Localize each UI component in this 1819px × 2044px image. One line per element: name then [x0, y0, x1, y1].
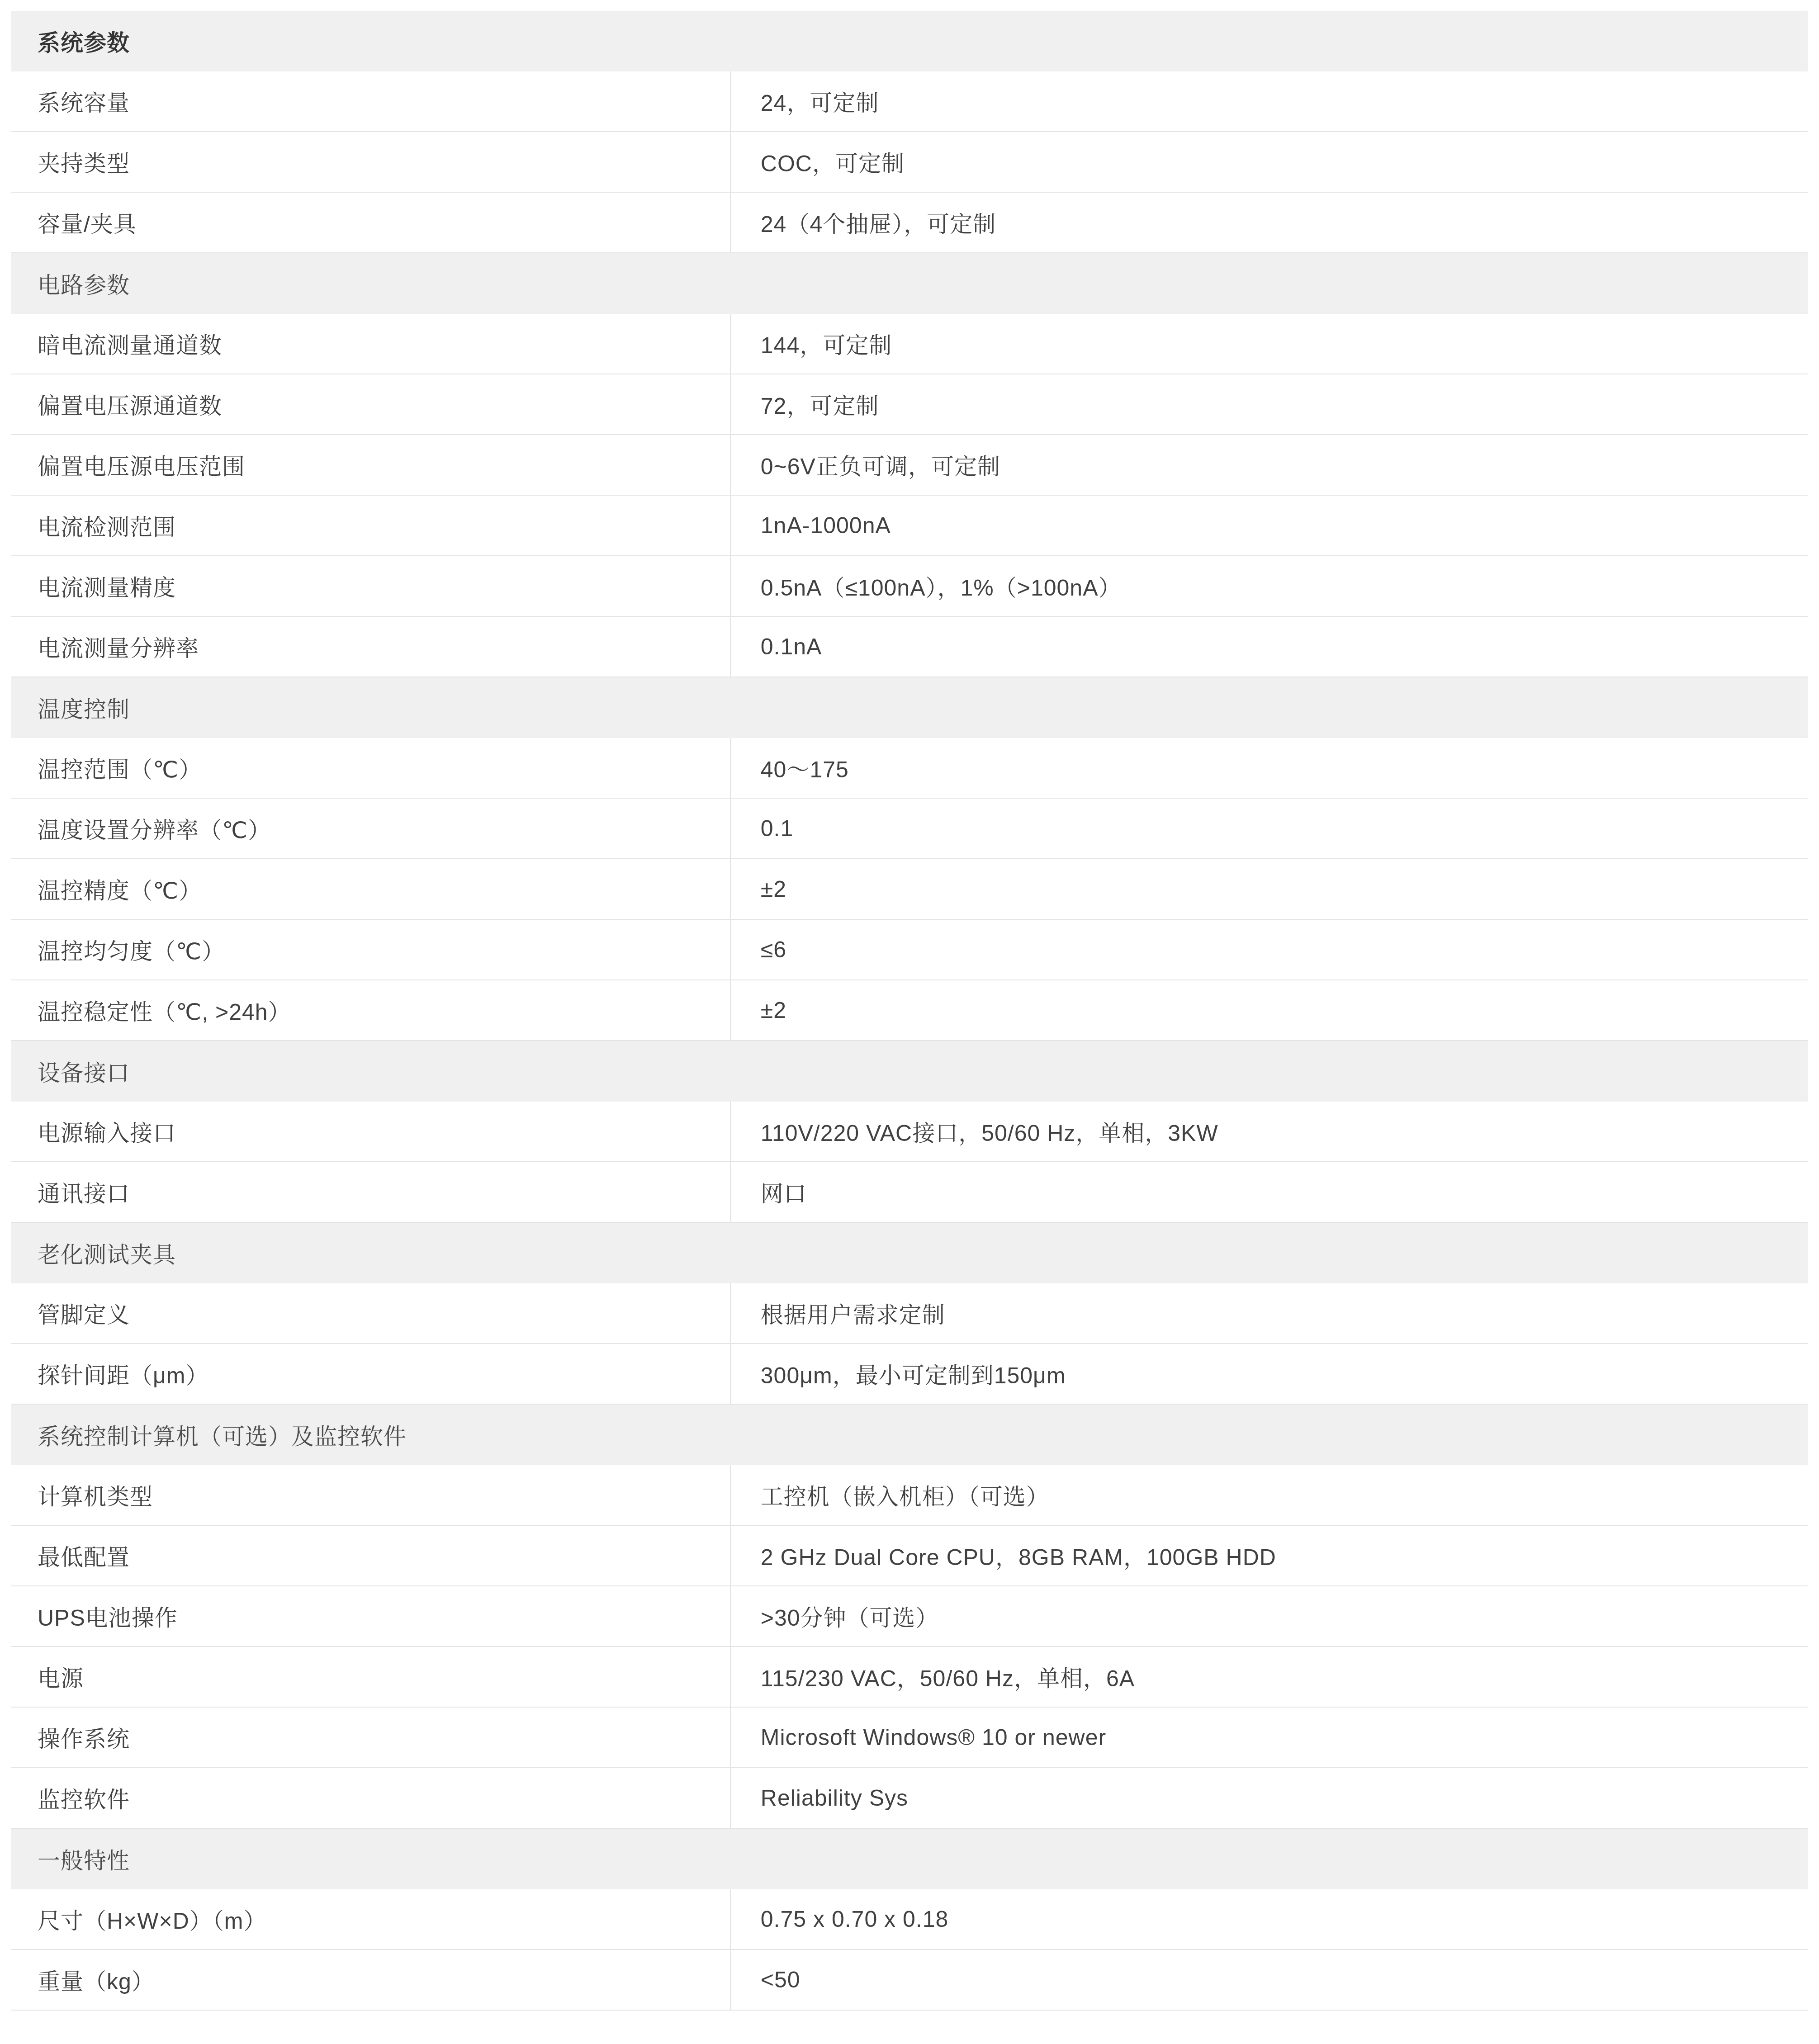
spec-label: 最低配置 [11, 1526, 730, 1585]
spec-label: 重量（kg） [11, 1950, 730, 2010]
spec-label: 计算机类型 [11, 1465, 730, 1525]
spec-value: ±2 [730, 980, 1808, 1040]
spec-row: 容量/夹具24（4个抽屉），可定制 [11, 193, 1808, 253]
spec-row: 通讯接口网口 [11, 1162, 1808, 1223]
spec-row: 电流检测范围1nA-1000nA [11, 496, 1808, 556]
spec-label: 监控软件 [11, 1768, 730, 1828]
section-header-1: 电路参数 [11, 253, 1808, 314]
spec-label: 容量/夹具 [11, 193, 730, 252]
spec-row: 温控稳定性（℃, >24h）±2 [11, 980, 1808, 1041]
spec-row: 探针间距（μm）300μm，最小可定制到150μm [11, 1344, 1808, 1405]
spec-value: Microsoft Windows® 10 or newer [730, 1708, 1808, 1767]
spec-value: >30分钟（可选） [730, 1586, 1808, 1646]
section-header-5: 系统控制计算机（可选）及监控软件 [11, 1405, 1808, 1465]
spec-row: 暗电流测量通道数144，可定制 [11, 314, 1808, 374]
spec-value: 2 GHz Dual Core CPU，8GB RAM，100GB HDD [730, 1526, 1808, 1585]
spec-label: 尺寸（H×W×D）（m） [11, 1889, 730, 1949]
spec-row: 电源输入接口110V/220 VAC接口，50/60 Hz，单相，3KW [11, 1102, 1808, 1162]
spec-row: 温度设置分辨率（℃）0.1 [11, 799, 1808, 859]
spec-value: 24，可定制 [730, 71, 1808, 131]
spec-value: ≤6 [730, 920, 1808, 979]
spec-label: 偏置电压源电压范围 [11, 435, 730, 495]
spec-row: 电流测量分辨率0.1nA [11, 617, 1808, 677]
spec-value: Reliability Sys [730, 1768, 1808, 1828]
spec-value: 24（4个抽屉），可定制 [730, 193, 1808, 252]
spec-label: 温度设置分辨率（℃） [11, 799, 730, 858]
spec-label: 电流测量精度 [11, 556, 730, 616]
section-header-2: 温度控制 [11, 677, 1808, 738]
spec-label: 通讯接口 [11, 1162, 730, 1222]
spec-row: 尺寸（H×W×D）（m）0.75 x 0.70 x 0.18 [11, 1889, 1808, 1950]
spec-table: 系统参数系统容量24，可定制夹持类型COC，可定制容量/夹具24（4个抽屉），可… [11, 11, 1808, 2011]
spec-label: 探针间距（μm） [11, 1344, 730, 1404]
spec-row: UPS电池操作>30分钟（可选） [11, 1586, 1808, 1647]
spec-value: 300μm，最小可定制到150μm [730, 1344, 1808, 1404]
spec-label: 操作系统 [11, 1708, 730, 1767]
spec-row: 最低配置2 GHz Dual Core CPU，8GB RAM，100GB HD… [11, 1526, 1808, 1586]
section-header-0: 系统参数 [11, 11, 1808, 71]
spec-value: 网口 [730, 1162, 1808, 1222]
spec-label: 管脚定义 [11, 1283, 730, 1343]
spec-row: 温控均匀度（℃）≤6 [11, 920, 1808, 980]
spec-row: 温控范围（℃）40～175 [11, 738, 1808, 799]
spec-label: 电源 [11, 1647, 730, 1707]
spec-value: 0.5nA（≤100nA），1%（>100nA） [730, 556, 1808, 616]
spec-label: 温控范围（℃） [11, 738, 730, 798]
spec-label: 电流检测范围 [11, 496, 730, 555]
spec-value: 0~6V正负可调，可定制 [730, 435, 1808, 495]
spec-label: 温控精度（℃） [11, 859, 730, 919]
spec-value: 40～175 [730, 738, 1808, 798]
spec-label: 电流测量分辨率 [11, 617, 730, 677]
spec-value: 115/230 VAC，50/60 Hz，单相，6A [730, 1647, 1808, 1707]
spec-row: 系统容量24，可定制 [11, 71, 1808, 132]
spec-row: 管脚定义根据用户需求定制 [11, 1283, 1808, 1344]
spec-row: 电源115/230 VAC，50/60 Hz，单相，6A [11, 1647, 1808, 1708]
spec-row: 操作系统Microsoft Windows® 10 or newer [11, 1708, 1808, 1768]
spec-value: 0.75 x 0.70 x 0.18 [730, 1889, 1808, 1949]
section-header-4: 老化测试夹具 [11, 1223, 1808, 1283]
spec-value: 0.1 [730, 799, 1808, 858]
spec-value: 72，可定制 [730, 374, 1808, 434]
spec-value: 根据用户需求定制 [730, 1283, 1808, 1343]
spec-label: 温控稳定性（℃, >24h） [11, 980, 730, 1040]
section-header-6: 一般特性 [11, 1829, 1808, 1889]
spec-label: UPS电池操作 [11, 1586, 730, 1646]
spec-label: 温控均匀度（℃） [11, 920, 730, 979]
spec-value: 工控机（嵌入机柜）（可选） [730, 1465, 1808, 1525]
spec-value: 0.1nA [730, 617, 1808, 677]
spec-label: 夹持类型 [11, 132, 730, 192]
spec-value: COC，可定制 [730, 132, 1808, 192]
section-header-3: 设备接口 [11, 1041, 1808, 1102]
spec-label: 偏置电压源通道数 [11, 374, 730, 434]
spec-value: 110V/220 VAC接口，50/60 Hz，单相，3KW [730, 1102, 1808, 1161]
spec-row: 计算机类型工控机（嵌入机柜）（可选） [11, 1465, 1808, 1526]
spec-value: 1nA-1000nA [730, 496, 1808, 555]
spec-value: 144，可定制 [730, 314, 1808, 374]
spec-row: 监控软件Reliability Sys [11, 1768, 1808, 1829]
spec-row: 重量（kg）<50 [11, 1950, 1808, 2011]
spec-label: 电源输入接口 [11, 1102, 730, 1161]
spec-row: 夹持类型COC，可定制 [11, 132, 1808, 193]
spec-row: 偏置电压源电压范围0~6V正负可调，可定制 [11, 435, 1808, 496]
spec-value: <50 [730, 1950, 1808, 2010]
spec-row: 温控精度（℃）±2 [11, 859, 1808, 920]
spec-row: 电流测量精度0.5nA（≤100nA），1%（>100nA） [11, 556, 1808, 617]
spec-value: ±2 [730, 859, 1808, 919]
spec-label: 暗电流测量通道数 [11, 314, 730, 374]
spec-label: 系统容量 [11, 71, 730, 131]
spec-row: 偏置电压源通道数72，可定制 [11, 374, 1808, 435]
